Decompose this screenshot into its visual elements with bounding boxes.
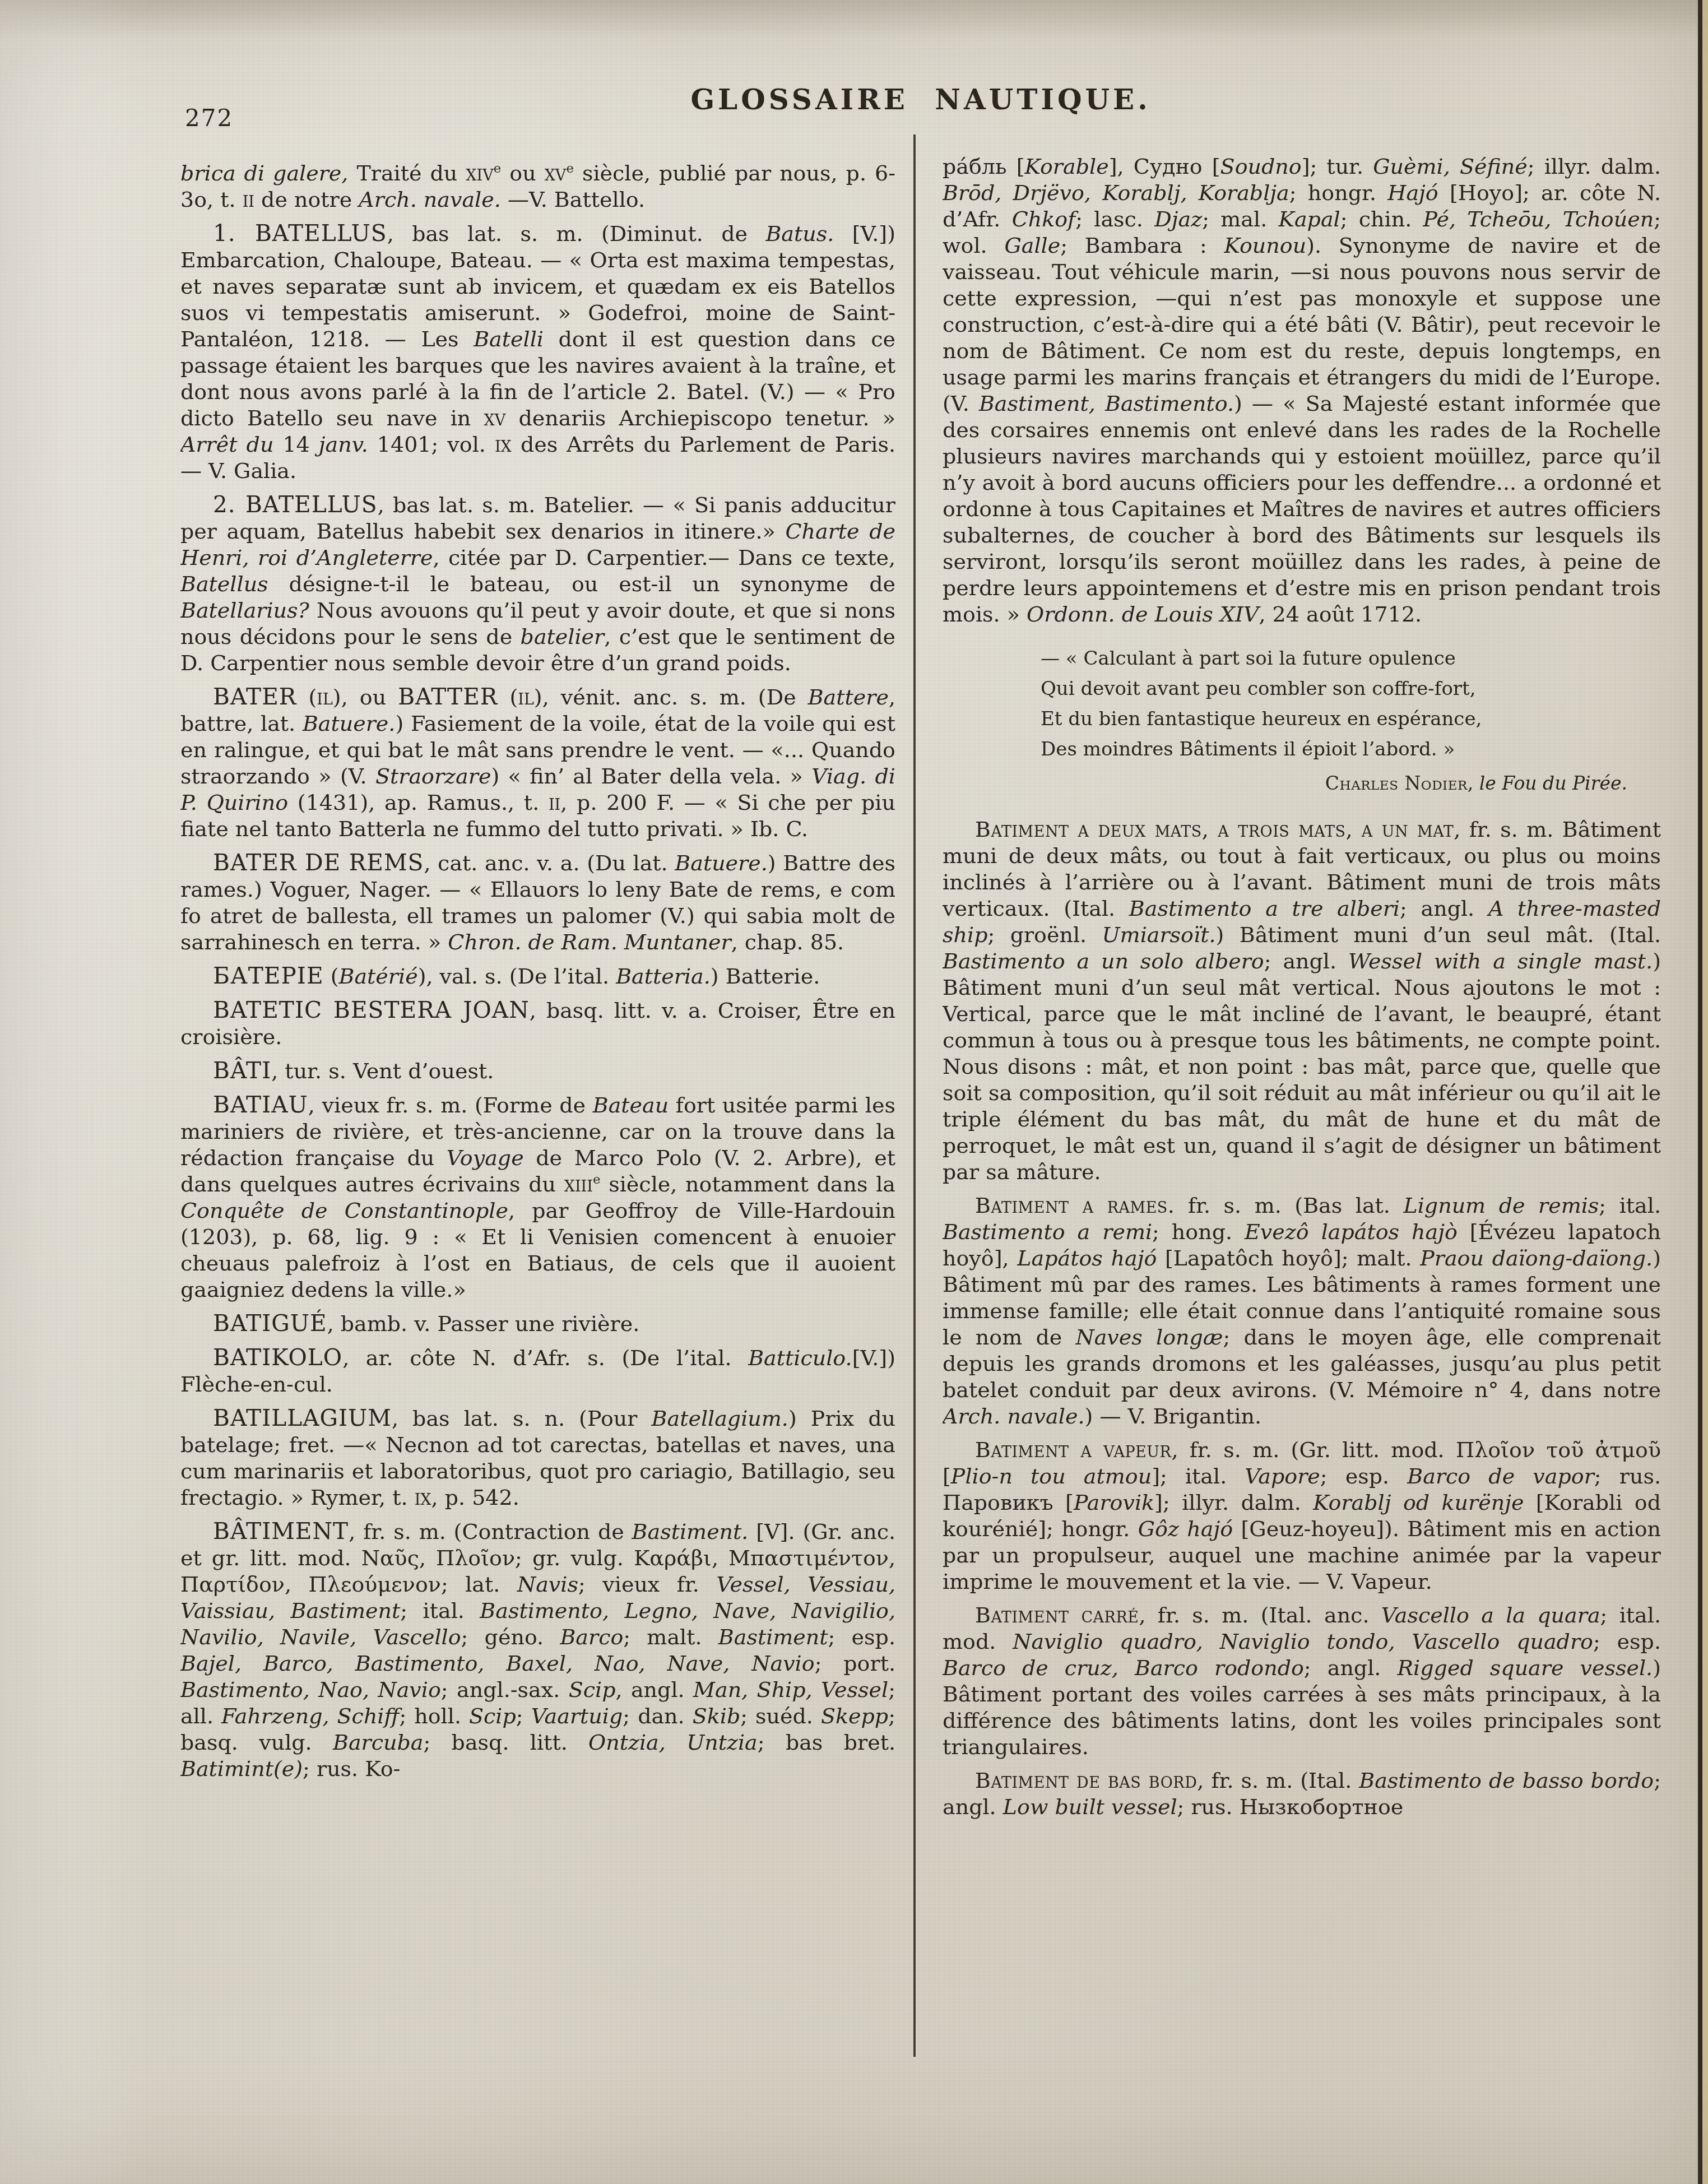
body-text: ; bas bret.	[758, 1730, 895, 1755]
body-text: ], Судно [	[1109, 154, 1220, 179]
italic-text: Batérié	[338, 964, 417, 989]
body-text: ; port.	[815, 1651, 895, 1676]
body-text: ;	[516, 1704, 531, 1728]
small-caps-text: xiii	[564, 1172, 593, 1197]
italic-text: Hajó	[1387, 180, 1438, 205]
small-caps-text: ii	[549, 790, 560, 815]
entry-headword-smallcaps: Batiment a deux mats, a trois mats, a un…	[975, 817, 1454, 842]
italic-text: Ontzia, Untzia	[588, 1730, 758, 1755]
italic-text: Bastimento a un solo albero	[943, 949, 1264, 973]
entry-paragraph: BÂTIMENT, fr. s. m. (Contraction de Bast…	[180, 1518, 895, 1782]
italic-text: Scip	[469, 1704, 516, 1728]
body-text: 14	[273, 432, 318, 457]
body-text: ; malt.	[623, 1625, 718, 1649]
italic-text: Umiarsoït.	[1102, 922, 1216, 947]
body-text: ) Batterie.	[711, 964, 820, 989]
italic-text: Low built vessel	[1003, 1795, 1177, 1819]
verse-line: Et du bien fantastique heureux en espéra…	[1041, 704, 1661, 734]
italic-text: Batellagium.	[652, 1406, 788, 1431]
body-text: ; lasc.	[1075, 207, 1154, 231]
small-caps-text: il	[317, 685, 333, 710]
entry-headword: BATER	[213, 683, 296, 710]
italic-text: Batuere.	[675, 851, 768, 875]
body-text: ]; ital.	[1152, 1464, 1245, 1489]
italic-text: janv.	[319, 432, 368, 457]
body-text: ; angl.	[1264, 949, 1348, 973]
entry-paragraph: BATIKOLO, ar. côte N. d’Afr. s. (De l’it…	[180, 1344, 895, 1398]
italic-text: Praou daïong-daïong.	[1420, 1246, 1653, 1270]
body-text: ; Bambara :	[1060, 233, 1224, 258]
italic-text: Ordonn. de Louis XIV	[1027, 602, 1259, 627]
body-text: ; géno.	[461, 1625, 560, 1649]
superscript-text: e	[593, 1172, 601, 1187]
italic-text: Pé, Tcheōu, Tchoúen	[1423, 207, 1654, 231]
body-text: ]; illyr. dalm.	[1154, 1490, 1313, 1515]
entry-headword: БАТЕРІЕ	[213, 962, 324, 989]
superscript-text: e	[566, 161, 574, 176]
italic-text: Barcuba	[333, 1730, 423, 1755]
italic-text: Vapore	[1245, 1464, 1320, 1489]
entry-headword: 2. BATELLUS	[213, 491, 378, 518]
italic-text: Brōd, Drjëvo, Korablj, Korablja	[943, 180, 1289, 205]
italic-text: Voyage	[447, 1146, 524, 1170]
small-caps-text: ix	[415, 1485, 431, 1510]
italic-text: Batus.	[765, 221, 834, 246]
italic-text: Straorzare	[375, 764, 491, 789]
italic-text: Arrêt du	[180, 432, 273, 457]
entry-paragraph: Batiment a rames. fr. s. m. (Bas lat. Li…	[943, 1193, 1661, 1430]
italic-text: Battere	[808, 685, 889, 710]
entry-paragraph: Batiment de bas bord, fr. s. m. (Ital. B…	[943, 1768, 1661, 1820]
scan-left-highlight	[0, 0, 151, 2184]
italic-text: Batellus	[180, 572, 268, 596]
italic-text: le Fou du Pirée.	[1479, 772, 1627, 794]
italic-text: Batticulo.	[748, 1346, 852, 1370]
italic-text: Soudno	[1220, 154, 1302, 179]
body-text: ; esp.	[1320, 1464, 1407, 1489]
small-caps-text: xiv	[466, 161, 493, 186]
entry-paragraph: brica di galere, Traité du xive ou xve s…	[180, 160, 895, 213]
body-text: fr. s. m. (Bas lat.	[1175, 1193, 1403, 1218]
body-text: ра́бль [	[943, 154, 1025, 179]
entry-headword-smallcaps: Batiment carré	[975, 1603, 1139, 1627]
italic-text: Barco de cruz, Barco rodondo	[943, 1656, 1304, 1680]
italic-text: Barco	[560, 1625, 623, 1649]
body-text: , cat. anc. v. a. (Du lat.	[424, 851, 675, 875]
body-text: ; angl.-sax.	[441, 1677, 569, 1702]
body-text: ) — V. Brigantin.	[1085, 1404, 1262, 1429]
italic-text: Plio-n tou atmou	[951, 1464, 1152, 1489]
italic-text: Wessel with a single mast.	[1348, 949, 1653, 973]
body-text: , chap. 85.	[731, 930, 844, 954]
entry-headword-smallcaps: Charles Nodier	[1325, 772, 1468, 794]
entry-paragraph: BATER DE REMS, cat. anc. v. a. (Du lat. …	[180, 850, 895, 956]
body-text: , bas lat. s. m. (Diminut. de	[387, 221, 766, 246]
italic-text: Djaz	[1154, 207, 1202, 231]
italic-text: batelier	[521, 624, 605, 649]
body-text: , citée par D. Carpentier.— Dans ce text…	[433, 545, 895, 570]
entry-paragraph: BÂTI, tur. s. Vent d’ouest.	[180, 1058, 895, 1084]
entry-headword-smallcaps: Batiment de bas bord	[975, 1768, 1197, 1793]
small-caps-text: xv	[545, 161, 567, 186]
left-column: brica di galere, Traité du xive ou xve s…	[180, 160, 895, 2069]
body-text: Traité du	[356, 161, 466, 186]
body-text: (1431), ap. Ramus., t.	[288, 790, 549, 815]
body-text: , bamb. v. Passer une rivière.	[327, 1311, 640, 1336]
entry-paragraph: Batiment a deux mats, a trois mats, a un…	[943, 817, 1661, 1185]
entry-headword: BATETIC BESTERA JOAN	[213, 996, 530, 1023]
entry-headword: BATIAU	[213, 1091, 308, 1118]
body-text: (	[498, 685, 518, 710]
body-text: 1401; vol.	[368, 432, 495, 457]
body-text: ]; tur.	[1302, 154, 1373, 179]
small-caps-text: ix	[495, 432, 512, 457]
body-text: (	[324, 964, 339, 989]
italic-text: Conquête de Constantinople	[180, 1198, 508, 1223]
italic-text: Bastimento, Nao, Navio	[180, 1677, 441, 1702]
entry-headword: BATIGUÉ	[213, 1310, 327, 1337]
body-text: , vieux fr. s. m. (Forme de	[308, 1093, 593, 1117]
body-text: ; chin.	[1340, 207, 1423, 231]
small-caps-text: ii	[243, 187, 254, 212]
small-caps-text: il	[518, 685, 534, 710]
verse-attribution: Charles Nodier, le Fou du Pirée.	[943, 770, 1627, 796]
italic-text: Chron. de Ram. Muntaner	[448, 930, 731, 954]
italic-text: Korable	[1025, 154, 1109, 179]
italic-text: Guèmi, Séfiné	[1373, 154, 1528, 179]
entry-headword: BATILLAGIUM	[213, 1404, 392, 1431]
entry-headword-smallcaps: Batiment a vapeur	[975, 1438, 1171, 1462]
entry-paragraph: BATIGUÉ, bamb. v. Passer une rivière.	[180, 1310, 895, 1337]
body-text: siècle, notamment dans la	[600, 1172, 895, 1197]
italic-text: brica di galere,	[180, 161, 356, 186]
italic-text: Evezô lapátos hajò	[1245, 1219, 1458, 1244]
body-text: ; esp.	[828, 1625, 895, 1649]
italic-text: Arch. navale.	[359, 187, 501, 212]
italic-text: Chkof	[1012, 207, 1076, 231]
verse-quote: — « Calculant à part soi la future opule…	[1041, 643, 1661, 764]
body-text: ; suéd.	[740, 1704, 821, 1728]
body-text: —V. Battello.	[501, 187, 645, 212]
body-text: ) Bâtiment muni d’un seul mât. (Ital.	[1216, 922, 1661, 947]
scanned-page: 272 GLOSSAIRE NAUTIQUE. brica di galere,…	[0, 0, 1708, 2184]
body-text: ; holl.	[399, 1704, 469, 1728]
italic-text: Vascello a la quara	[1381, 1603, 1600, 1627]
italic-text: Gôz hajó	[1138, 1517, 1233, 1541]
italic-text: Fahrzeng, Schiff	[221, 1704, 399, 1728]
body-text: ; angl.	[1400, 896, 1488, 921]
italic-text: Bastiment	[718, 1625, 828, 1649]
small-caps-text: xv	[484, 406, 506, 430]
body-text: ; hongr.	[1289, 180, 1387, 205]
body-text: ). Synonyme de navire et de vaisseau. To…	[943, 233, 1661, 416]
italic-text: Naves longæ	[1075, 1325, 1223, 1350]
italic-text: Rigged square vessel.	[1398, 1656, 1653, 1680]
body-text: de notre	[254, 187, 359, 212]
entry-headword: BÂTIMENT	[213, 1518, 349, 1545]
italic-text: Bajel, Barco, Bastimento, Baxel, Nao, Na…	[180, 1651, 815, 1676]
italic-text: Kounou	[1224, 233, 1307, 258]
body-text: (	[296, 685, 317, 710]
body-text: ), ou	[333, 685, 398, 710]
italic-text: Man, Ship, Vessel	[693, 1677, 888, 1702]
entry-paragraph: 2. BATELLUS, bas lat. s. m. Batelier. — …	[180, 491, 895, 676]
column-divider-rule	[913, 135, 916, 2057]
italic-text: Bateau	[593, 1093, 669, 1117]
italic-text: Korablj od kurënje	[1313, 1490, 1524, 1515]
body-text: ; rus. Нызкобортное	[1177, 1795, 1404, 1819]
right-column: ра́бль [Korable], Судно [Soudno]; tur. G…	[943, 154, 1661, 2070]
body-text: ; hong.	[1152, 1219, 1245, 1244]
body-text: ; groënl.	[987, 922, 1102, 947]
body-text: ) — « Sa Majesté estant informée que des…	[943, 391, 1661, 627]
italic-text: Bastimento a tre alberi	[1129, 896, 1400, 921]
body-text: ; esp.	[1593, 1629, 1661, 1654]
entry-paragraph: Batiment carré, fr. s. m. (Ital. anc. Va…	[943, 1602, 1661, 1760]
italic-text: Batimint(e)	[180, 1756, 303, 1781]
italic-text: Batteria.	[616, 964, 711, 989]
body-text: ; rus. Ko-	[303, 1756, 400, 1781]
italic-text: Bastiment.	[632, 1519, 749, 1544]
superscript-text: e	[494, 161, 502, 176]
italic-text: Lignum de remis	[1403, 1193, 1599, 1218]
page-title: GLOSSAIRE NAUTIQUE.	[180, 83, 1661, 116]
verse-line: Des moindres Bâtiments il épioit l’abord…	[1041, 734, 1661, 764]
body-text: , fr. s. m. (Ital.	[1197, 1768, 1359, 1793]
body-text: ; ital.	[1599, 1193, 1661, 1218]
body-text: [Lapatôch hoyô]; malt.	[1157, 1246, 1420, 1270]
entry-headword: BÂTI	[213, 1057, 271, 1084]
scan-top-shadow	[0, 0, 1708, 39]
body-text: désigne-t-il le bateau, ou est-il un syn…	[268, 572, 895, 596]
italic-text: Scip	[569, 1677, 616, 1702]
entry-paragraph: 1. BATELLUS, bas lat. s. m. (Diminut. de…	[180, 220, 895, 484]
body-text: , ar. côte N. d’Afr. s. (De l’ital.	[342, 1346, 748, 1370]
entry-paragraph: BATIAU, vieux fr. s. m. (Forme de Bateau…	[180, 1092, 895, 1303]
italic-text: Arch. navale.	[943, 1404, 1085, 1429]
entry-paragraph: Batiment a vapeur, fr. s. m. (Gr. litt. …	[943, 1437, 1661, 1595]
body-text: , fr. s. m. (Contraction de	[349, 1519, 632, 1544]
body-text: ), val. s. (De l’ital.	[418, 964, 616, 989]
body-text: ), vénit. anc. s. m. (De	[534, 685, 808, 710]
italic-text: Batuere.	[303, 711, 396, 736]
italic-text: Skib	[693, 1704, 741, 1728]
entry-paragraph: BATER (il), ou BATTER (il), vénit. anc. …	[180, 684, 895, 842]
entry-headword: 1. BATELLUS	[213, 220, 387, 247]
italic-text: Skepp	[821, 1704, 888, 1728]
verse-line: — « Calculant à part soi la future opule…	[1041, 643, 1661, 674]
verse-line: Qui devoit avant peu combler son coffre-…	[1041, 674, 1661, 704]
body-text: , tur. s. Vent d’ouest.	[271, 1059, 494, 1083]
body-text: ; ital.	[400, 1598, 480, 1623]
italic-text: Bastimento a remi	[943, 1219, 1152, 1244]
adjacent-page-edge	[1702, 0, 1708, 2184]
entry-paragraph: БАТЕРІЕ (Batérié), val. s. (De l’ital. B…	[180, 963, 895, 990]
entry-paragraph: ра́бль [Korable], Судно [Soudno]; tur. G…	[943, 154, 1661, 628]
italic-text: Vaartuig	[531, 1704, 623, 1728]
body-text: ; illyr. dalm.	[1528, 154, 1661, 179]
italic-text: Naviglio quadro, Naviglio tondo, Vascell…	[1013, 1629, 1593, 1654]
entry-paragraph: BATILLAGIUM, bas lat. s. n. (Pour Batell…	[180, 1405, 895, 1511]
body-text: ; basq. litt.	[424, 1730, 589, 1755]
body-text: denariis Archiepiscopo tenetur. »	[505, 406, 895, 430]
body-text: ; vieux fr.	[578, 1572, 717, 1597]
entry-headword-smallcaps: Batiment a rames.	[975, 1193, 1175, 1218]
body-text: , 24 août 1712.	[1259, 602, 1422, 627]
body-text: ,	[1468, 772, 1479, 794]
italic-text: Lapátos hajó	[1017, 1246, 1157, 1270]
italic-text: Parovik	[1074, 1490, 1154, 1515]
body-text: , fr. s. m. (Ital. anc.	[1139, 1603, 1381, 1627]
entry-headword: BATER DE REMS	[213, 849, 424, 876]
body-text: ; mal.	[1202, 207, 1278, 231]
italic-text: Navis	[517, 1572, 578, 1597]
body-text: , p. 542.	[431, 1485, 519, 1510]
body-text: ; dan.	[623, 1704, 692, 1728]
page-edge-line	[1698, 0, 1702, 2184]
entry-paragraph: BATETIC BESTERA JOAN, basq. litt. v. a. …	[180, 997, 895, 1050]
body-text: ou	[501, 161, 544, 186]
entry-headword: BATTER	[398, 683, 498, 710]
italic-text: Bastimento de basso bordo	[1359, 1768, 1654, 1793]
body-text: , angl.	[615, 1677, 693, 1702]
body-text: , bas lat. s. n. (Pour	[392, 1406, 652, 1431]
body-text: ) Bâtiment muni d’un seul mât vertical. …	[943, 949, 1661, 1184]
body-text: ) « fin’ al Bater della vela. »	[491, 764, 811, 789]
italic-text: Barco de vapor	[1407, 1464, 1594, 1489]
italic-text: Batellarius?	[180, 598, 309, 623]
italic-text: Bastiment, Bastimento.	[979, 391, 1234, 416]
italic-text: Galle	[1004, 233, 1060, 258]
italic-text: Batelli	[474, 327, 544, 351]
entry-headword: BATIKOLO	[213, 1344, 342, 1371]
italic-text: Kapal	[1279, 207, 1340, 231]
body-text: ; angl.	[1304, 1656, 1398, 1680]
